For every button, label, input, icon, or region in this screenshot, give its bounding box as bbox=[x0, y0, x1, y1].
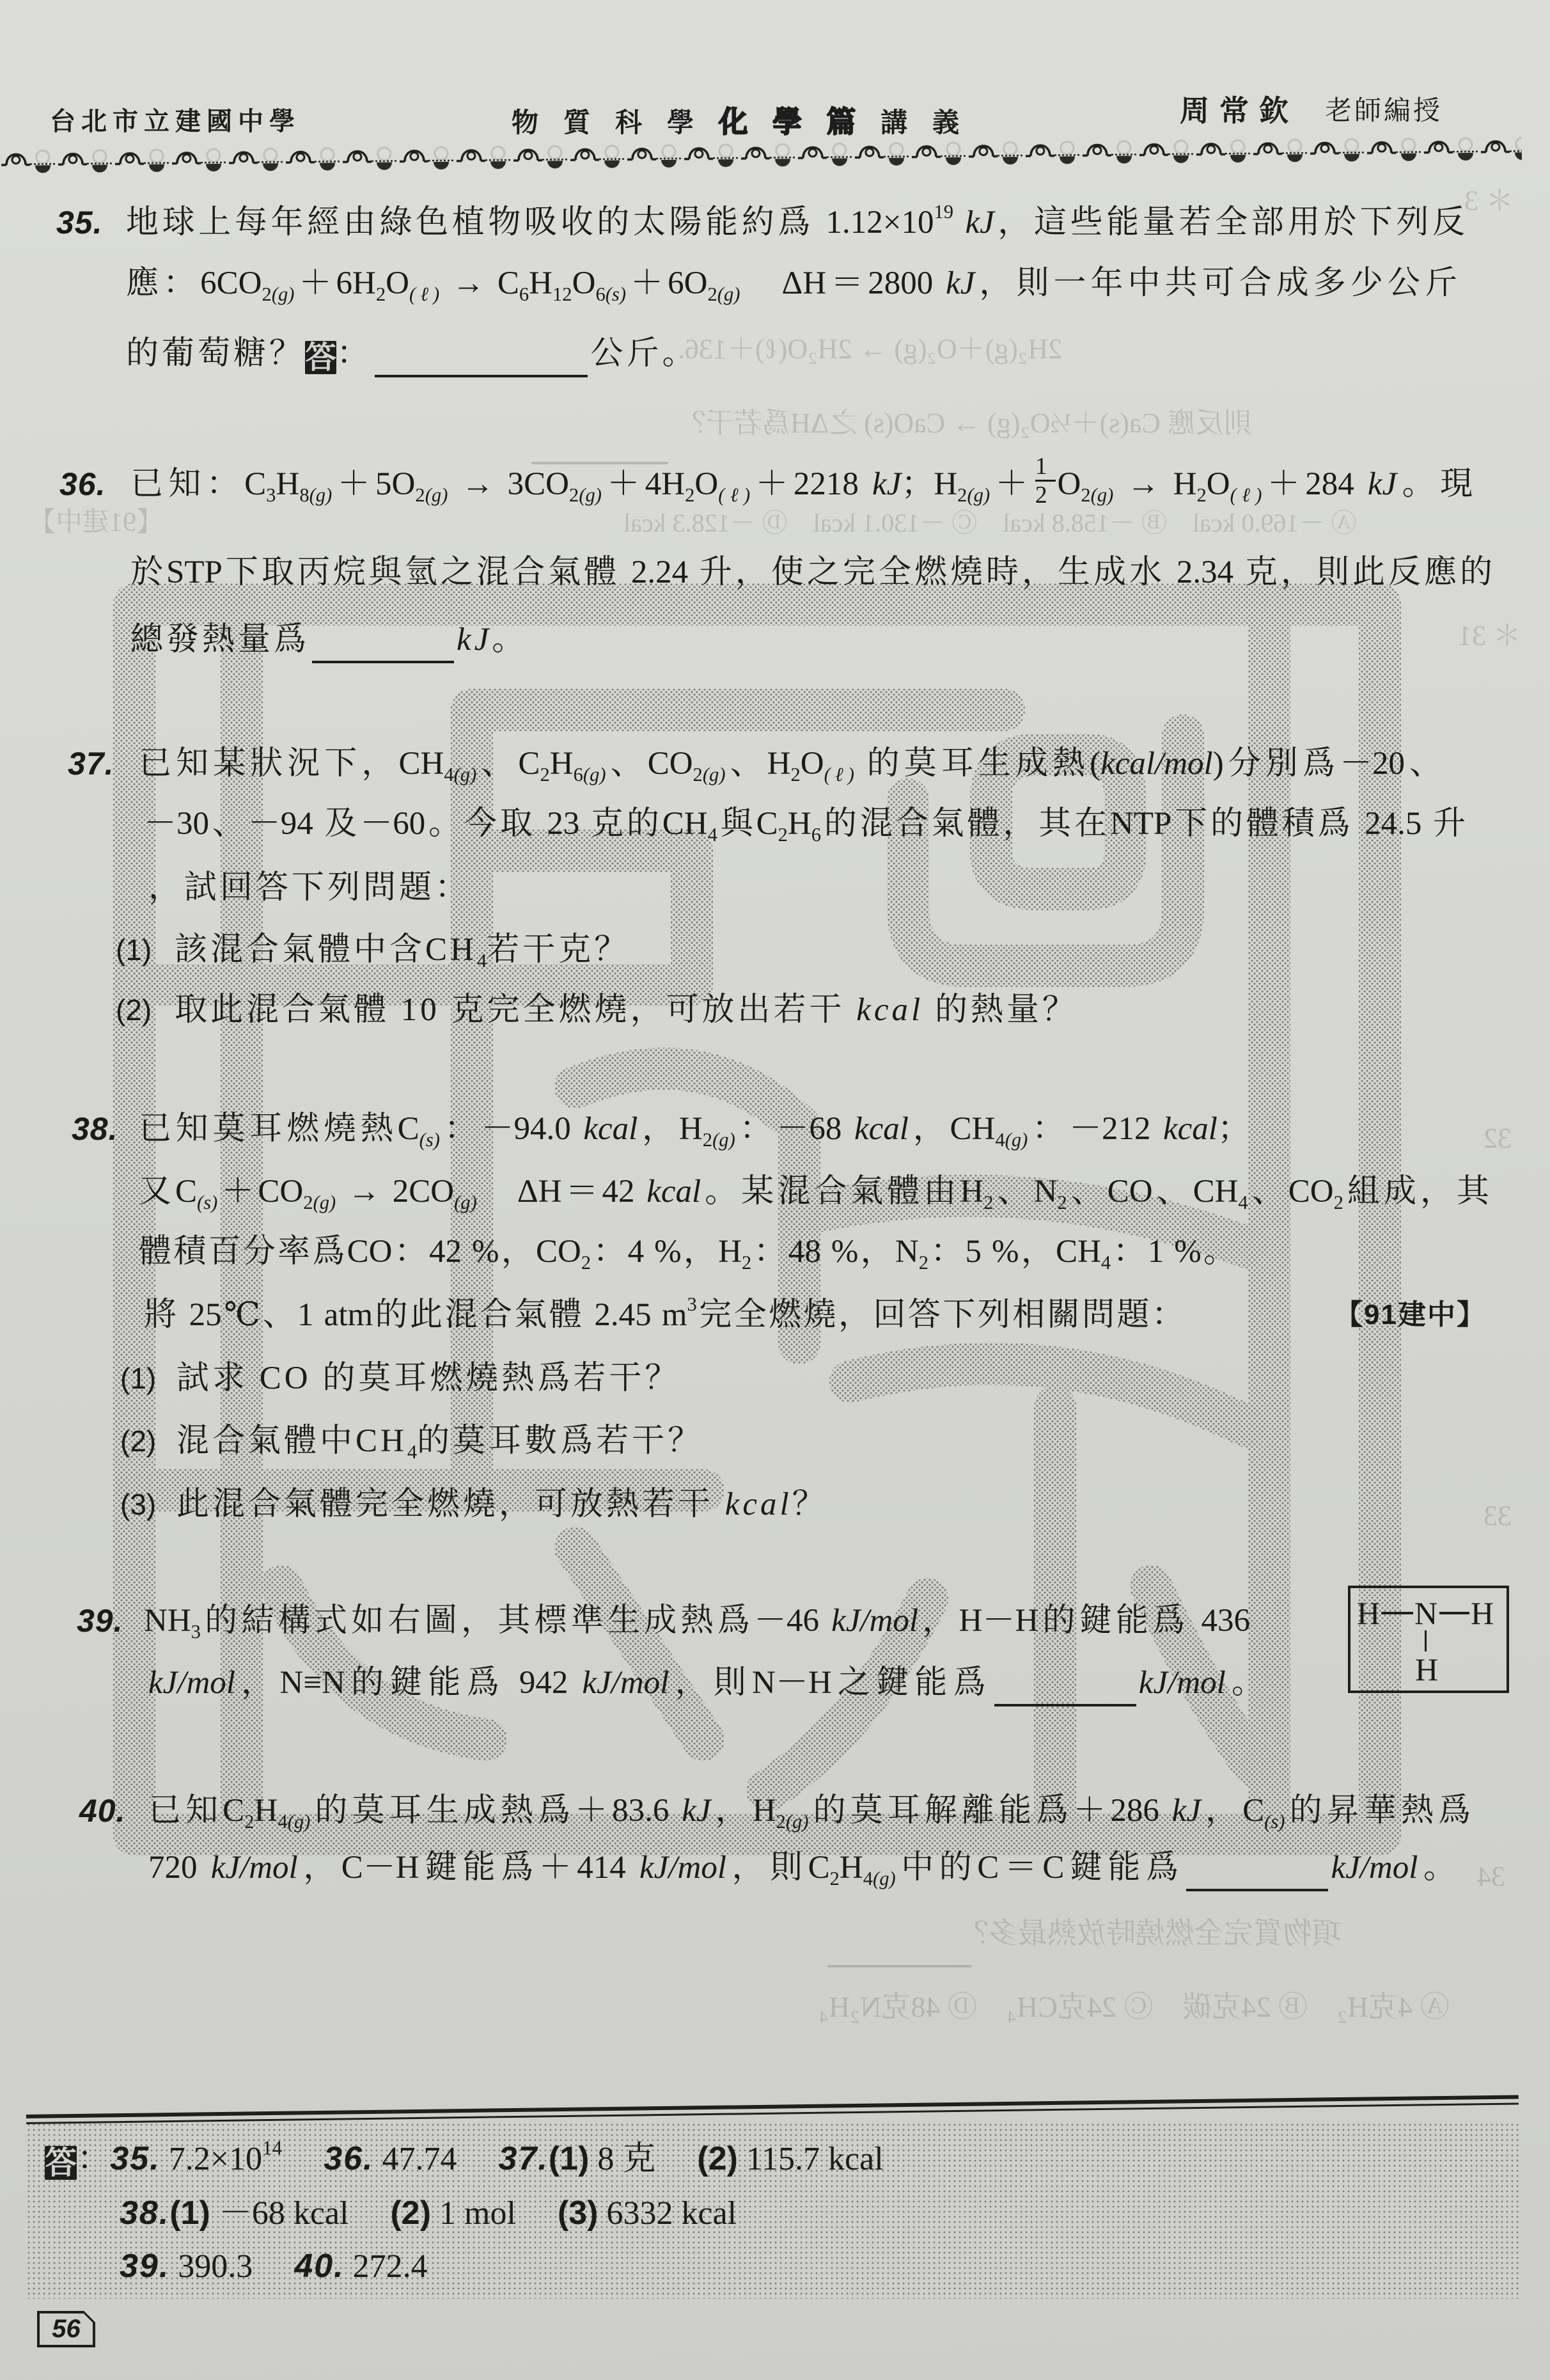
item-number: 36. bbox=[324, 2140, 373, 2177]
answer-blank bbox=[994, 1704, 1136, 1706]
italic-unit: kcal bbox=[646, 1174, 701, 1210]
sub-item-label: (2) bbox=[390, 2195, 431, 2232]
subscript: 6 bbox=[519, 283, 529, 305]
answer-blank bbox=[1186, 1889, 1328, 1891]
phase-subscript: (g) bbox=[712, 1129, 735, 1151]
sub-item-text: 混合氣體中CH4的莫耳數爲若干？ bbox=[176, 1422, 703, 1460]
item-number: 40. bbox=[294, 2248, 344, 2285]
subscript: 4 bbox=[444, 764, 453, 785]
answer-mark-icon: 答 bbox=[45, 2146, 77, 2180]
phase-subscript: (s) bbox=[1264, 1811, 1285, 1832]
question-text-line: NH3的結構式如右圖，其標準生成熱爲－46 kJ/mol，H－H的鍵能爲 436 bbox=[144, 1602, 1250, 1640]
phase-subscript: (g) bbox=[425, 484, 448, 506]
subscript: 12 bbox=[552, 283, 572, 305]
subscript: 2 bbox=[703, 1129, 712, 1151]
italic-unit: kJ/mol bbox=[831, 1603, 918, 1639]
italic-unit: kJ bbox=[946, 265, 975, 301]
question-text-line: 體積百分率爲CO：42 %，CO2：4 %，H2：48 %，N2：5 %，CH4… bbox=[139, 1233, 1236, 1271]
subscript: 6 bbox=[595, 283, 605, 305]
subscript: 2 bbox=[569, 484, 579, 506]
question-text-line: 總發熱量爲kJ。 bbox=[130, 620, 528, 659]
sub-item-text: 該混合氣體中含CH4若干克？ bbox=[175, 931, 630, 969]
fraction: 12 bbox=[1035, 466, 1056, 498]
italic-unit: kJ/mol bbox=[1331, 1850, 1418, 1886]
answer-blank bbox=[312, 661, 454, 663]
sub-item-text: 此混合氣體完全燃燒，可放熱若干 kcal？ bbox=[176, 1485, 828, 1524]
subscript: 2 bbox=[742, 1252, 751, 1273]
question-text-line: 已知C2H4(g)的莫耳生成熱爲＋83.6 kJ，H2(g)的莫耳解離能爲＋28… bbox=[148, 1792, 1471, 1830]
margin-bleed-through: 34 bbox=[1477, 1863, 1505, 1891]
question-text-line: 已知某狀況下，CH4(g)、C2H6(g)、CO2(g)、H2O(ℓ) 的莫耳生… bbox=[139, 745, 1442, 783]
phase-subscript: (ℓ) bbox=[1230, 484, 1262, 506]
subscript: 2 bbox=[919, 1252, 928, 1273]
sub-item-label: (1) bbox=[549, 2140, 590, 2177]
author-role: 老師編授 bbox=[1325, 97, 1443, 124]
bleed-through-text: 則反應 Ca(s)＋½O₂(g) → CaO(s) 之ΔH爲若干？ bbox=[678, 409, 1252, 437]
item-number: 37. bbox=[499, 2140, 549, 2177]
question-text-line: 已知：C3H8(g)＋5O2(g) → 3CO2(g)＋4H2O(ℓ)＋2218… bbox=[130, 465, 1473, 503]
superscript: 14 bbox=[262, 2137, 282, 2159]
question-text-line: 於STP下取丙烷與氫之混合氣體 2.24 升，使之完全燃燒時，生成水 2.34 … bbox=[130, 553, 1492, 592]
subscript: 2 bbox=[1334, 1192, 1343, 1213]
question-text-line: 將 25℃、1 atm的此混合氣體 2.45 m3完全燃燒，回答下列相關問題： bbox=[144, 1296, 1184, 1334]
question-text-line: 又C(s)＋CO2(g) → 2CO(g) ΔH＝42 kcal。某混合氣體由H… bbox=[139, 1172, 1489, 1211]
page-number: 56 bbox=[52, 2315, 81, 2343]
sub-item-label: (1) bbox=[120, 1359, 156, 1398]
subscript: 2 bbox=[1196, 484, 1206, 506]
question-text-line: 地球上每年經由綠色植物吸收的太陽能約爲 1.12×1019 kJ，這些能量若全部… bbox=[126, 203, 1465, 242]
italic-unit: kJ/mol bbox=[148, 1665, 235, 1701]
subscript: 4 bbox=[1238, 1192, 1248, 1213]
subscript: 6 bbox=[574, 764, 583, 785]
phase-subscript: (g) bbox=[288, 1811, 311, 1832]
sub-item-label: (3) bbox=[558, 2195, 599, 2232]
bleed-through-text: Ⓐ 4克H₂ Ⓑ 24克碳 Ⓒ 24克CH₄ Ⓓ 48克N₂H₄ bbox=[818, 1992, 1450, 2022]
italic-unit: kJ bbox=[872, 466, 901, 502]
question-number: 35. bbox=[56, 203, 103, 242]
superscript: 19 bbox=[934, 201, 953, 223]
sub-item-label: (1) bbox=[116, 931, 152, 969]
subscript: 4 bbox=[477, 950, 487, 972]
phase-subscript: (g) bbox=[1091, 484, 1114, 506]
question-number: 40. bbox=[79, 1792, 126, 1830]
subscript: 3 bbox=[191, 1621, 201, 1643]
margin-bleed-through: ＊ 3 bbox=[1464, 187, 1514, 215]
school-name: 台北市立建國中學 bbox=[50, 109, 301, 134]
subscript: 3 bbox=[266, 484, 276, 506]
answer-blank bbox=[375, 375, 588, 377]
phase-subscript: (g) bbox=[272, 283, 295, 305]
question-text-line: 應：6CO2(g)＋6H2O(ℓ) → C6H12O6(s)＋6O2(g) ΔH… bbox=[126, 264, 1457, 303]
answer-key-line: 38.(1) －68 kcal (2) 1 mol (3) 6332 kcal bbox=[120, 2194, 737, 2232]
phase-subscript: (ℓ) bbox=[718, 484, 750, 506]
phase-subscript: (g) bbox=[873, 1868, 896, 1889]
bleed-through-rule bbox=[531, 462, 668, 464]
question-number: 37. bbox=[68, 745, 114, 783]
subscript: 2 bbox=[1057, 1192, 1067, 1213]
question-text-line: kJ/mol，N≡N的鍵能爲 942 kJ/mol，則N－H之鍵能爲kJ/mol… bbox=[148, 1664, 1264, 1702]
phase-subscript: (g) bbox=[579, 484, 602, 506]
subscript: 2 bbox=[983, 1192, 993, 1213]
folded-corner-icon bbox=[82, 2311, 95, 2324]
subscript: 2 bbox=[778, 824, 788, 846]
subscript: 4 bbox=[278, 1811, 287, 1832]
question-number: 39. bbox=[77, 1602, 123, 1640]
italic-unit: kJ bbox=[1368, 466, 1397, 502]
sub-item-label: (2) bbox=[697, 2140, 738, 2177]
italic-unit: kcal bbox=[583, 1111, 638, 1147]
italic-unit: kJ bbox=[457, 622, 492, 658]
subscript: 2 bbox=[685, 484, 694, 506]
title-part-2: 講義 bbox=[881, 107, 984, 138]
single-bond bbox=[1425, 1630, 1427, 1651]
margin-bleed-through: ＊ 31 bbox=[1458, 622, 1521, 650]
italic-unit: kJ bbox=[682, 1793, 710, 1829]
fraction-numerator: 1 bbox=[1035, 455, 1056, 482]
italic-unit: kJ/mol bbox=[639, 1850, 726, 1886]
exam-source-tag: 【91建中】 bbox=[1335, 1296, 1486, 1334]
bleed-through-text: 【91建中】 bbox=[29, 509, 163, 536]
phase-subscript: (g) bbox=[1005, 1129, 1028, 1151]
subscript: 2 bbox=[791, 764, 801, 785]
italic-unit: kJ/mol bbox=[582, 1665, 669, 1701]
phase-subscript: (ℓ) bbox=[824, 764, 854, 785]
page-number-box: 56 bbox=[37, 2311, 95, 2347]
subscript: 2 bbox=[244, 1811, 254, 1832]
subscript: 4 bbox=[407, 1441, 417, 1463]
phase-subscript: (g) bbox=[313, 1192, 336, 1213]
phase-subscript: (g) bbox=[583, 764, 606, 785]
question-number: 38. bbox=[72, 1110, 118, 1148]
subscript: 8 bbox=[299, 484, 309, 506]
italic-unit: kJ/mol bbox=[211, 1850, 298, 1886]
worksheet-page: 台北市立建國中學 物質科學化學篇講義 周常欽 老師編授 bbox=[0, 0, 1550, 2380]
subscript: 6 bbox=[811, 824, 821, 846]
italic-unit: kcal/mol bbox=[1100, 746, 1213, 782]
subscript: 2 bbox=[581, 1252, 591, 1273]
bleed-through-text: Ⓐ －169.0 kcal Ⓑ －158.8 kcal Ⓒ －130.1 kca… bbox=[623, 510, 1356, 536]
question-text-line: 的葡萄糖？答：公斤。 bbox=[126, 335, 698, 373]
subscript: 2 bbox=[376, 283, 386, 305]
subscript: 2 bbox=[415, 484, 425, 506]
italic-unit: kJ bbox=[965, 205, 994, 240]
subscript: 2 bbox=[693, 764, 703, 785]
atom-h-right: H bbox=[1471, 1597, 1494, 1629]
subscript: 4 bbox=[863, 1868, 873, 1889]
question-text-line: 已知莫耳燃燒熱C(s)：－94.0 kcal，H2(g)：－68 kcal，CH… bbox=[139, 1110, 1250, 1148]
fraction-denominator: 2 bbox=[1035, 482, 1056, 508]
item-number: 38. bbox=[120, 2195, 169, 2232]
subscript: 2 bbox=[830, 1868, 840, 1889]
answer-mark-icon: 答 bbox=[305, 341, 336, 374]
question-number: 36. bbox=[59, 465, 106, 503]
italic-unit: kJ bbox=[1172, 1793, 1201, 1829]
subscript: 4 bbox=[1101, 1252, 1111, 1273]
italic-unit: kcal bbox=[725, 1486, 792, 1522]
question-text-line: ，試回答下列問題： bbox=[148, 869, 471, 907]
single-bond bbox=[1381, 1612, 1413, 1614]
phase-subscript: (g) bbox=[309, 484, 333, 506]
item-number: 39. bbox=[120, 2248, 169, 2285]
italic-unit: kcal bbox=[856, 992, 923, 1028]
phase-subscript: (g) bbox=[717, 283, 740, 305]
italic-unit: kcal bbox=[854, 1111, 909, 1147]
bleed-through-text: 2H₂(g)＋O₂(g) → 2H₂O(ℓ)＋136. bbox=[678, 335, 1062, 363]
bleed-through-text: 項物質完全燃燒時放熱最多？ bbox=[959, 1919, 1342, 1948]
sub-item-label: (2) bbox=[120, 1422, 156, 1460]
italic-unit: kJ/mol bbox=[1139, 1665, 1226, 1701]
handout-title: 物質科學化學篇講義 bbox=[512, 107, 984, 136]
title-outline-chars: 化學篇 bbox=[719, 106, 881, 138]
atom-h-bottom: H bbox=[1415, 1653, 1438, 1685]
phase-subscript: (s) bbox=[419, 1129, 440, 1151]
subscript: 4 bbox=[708, 824, 717, 846]
subscript: 2 bbox=[707, 283, 717, 305]
nh3-structure-figure: H N H H bbox=[1348, 1586, 1509, 1693]
sub-item-label: (3) bbox=[120, 1485, 156, 1524]
sub-item-text: 取此混合氣體 10 克完全燃燒，可放出若干 kcal 的熱量？ bbox=[175, 991, 1078, 1029]
phase-subscript: (ℓ) bbox=[409, 283, 439, 305]
margin-bleed-through: 32 bbox=[1483, 1124, 1512, 1153]
title-part-1: 物質科學 bbox=[512, 107, 719, 138]
italic-unit: kcal bbox=[1163, 1111, 1217, 1147]
answer-key-line: 答：35. 7.2×1014 36. 47.74 37.(1) 8 克 (2) … bbox=[45, 2140, 884, 2178]
subscript: 2 bbox=[957, 484, 967, 506]
phase-subscript: (g) bbox=[454, 764, 477, 785]
bleed-through-rule bbox=[827, 1965, 971, 1967]
phase-subscript: (g) bbox=[967, 484, 990, 506]
phase-subscript: (s) bbox=[606, 283, 626, 305]
sub-item-label: (1) bbox=[169, 2195, 210, 2232]
phase-subscript: (g) bbox=[703, 764, 726, 785]
subscript: 2 bbox=[776, 1811, 786, 1832]
item-number: 35. bbox=[110, 2140, 160, 2177]
subscript: 2 bbox=[1081, 484, 1090, 506]
sub-item-label: (2) bbox=[116, 991, 152, 1029]
phase-subscript: (g) bbox=[786, 1811, 809, 1832]
question-text-line: 720 kJ/mol，C－H鍵能爲＋414 kJ/mol，則C2H4(g)中的C… bbox=[148, 1848, 1456, 1887]
author-name: 周常欽 bbox=[1180, 96, 1299, 125]
atom-n: N bbox=[1414, 1597, 1437, 1629]
margin-bleed-through: 33 bbox=[1483, 1502, 1512, 1530]
answer-key-line: 39. 390.3 40. 272.4 bbox=[120, 2247, 428, 2285]
atom-h-left: H bbox=[1357, 1597, 1380, 1629]
sub-item-text: 試求 CO 的莫耳燃燒熱爲若干？ bbox=[176, 1359, 680, 1398]
phase-subscript: (s) bbox=[197, 1192, 217, 1213]
question-text-line: －30、－94 及－60。今取 23 克的CH4與C2H6的混合氣體，其在NTP… bbox=[144, 805, 1466, 843]
phase-subscript: (g) bbox=[454, 1192, 477, 1213]
subscript: 2 bbox=[262, 283, 271, 305]
single-bond bbox=[1439, 1612, 1469, 1614]
subscript: 2 bbox=[303, 1192, 313, 1213]
subscript: 4 bbox=[995, 1129, 1005, 1151]
subscript: 2 bbox=[540, 764, 549, 785]
superscript: 3 bbox=[687, 1293, 697, 1315]
